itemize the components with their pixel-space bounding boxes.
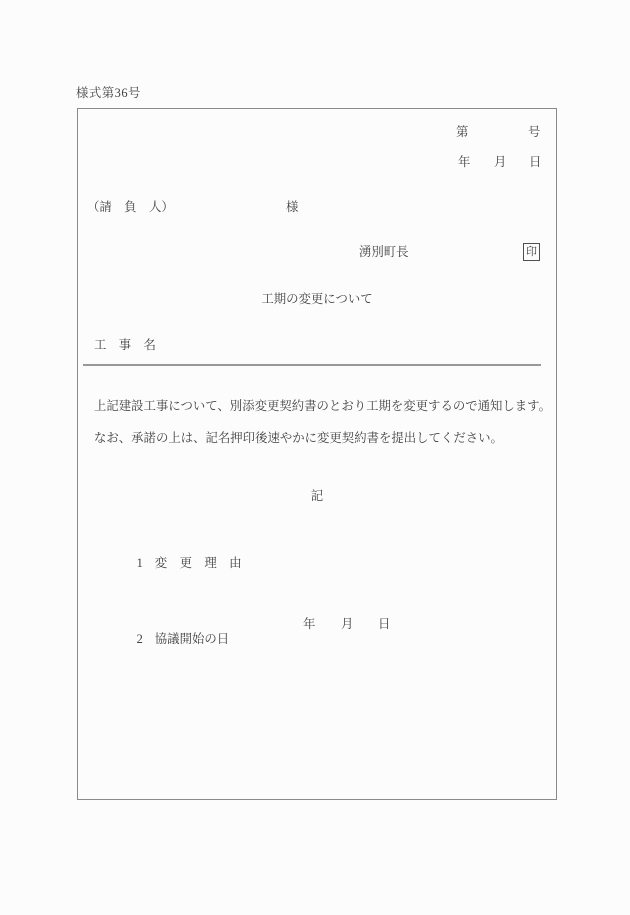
doc-number-suffix: 号 bbox=[528, 125, 540, 140]
document-page: 様式第36号 第 号 年 月 日 （請 負 人） 様 湧別町長 印 工期の変更に… bbox=[0, 0, 630, 915]
seal-box: 印 bbox=[523, 243, 540, 261]
item-number: 2 bbox=[137, 632, 143, 646]
document-frame: 第 号 年 月 日 （請 負 人） 様 湧別町長 印 工期の変更について 工 事… bbox=[77, 108, 557, 800]
body-text-line-1: 上記建設工事について、別添変更契約書のとおり工期を変更するので通知します。 bbox=[94, 399, 551, 414]
issue-date-year-label: 年 bbox=[458, 155, 470, 170]
issue-date-day-label: 日 bbox=[529, 155, 541, 170]
project-name-rule bbox=[83, 364, 541, 366]
list-item-change-reason: 1変 更 理 由 bbox=[118, 541, 242, 586]
project-name-label: 工 事 名 bbox=[94, 338, 156, 353]
sender-name: 湧別町長 bbox=[359, 245, 409, 260]
addressee-label: （請 負 人） bbox=[87, 200, 174, 215]
item-label: 変 更 理 由 bbox=[155, 556, 242, 570]
addressee-honorific: 様 bbox=[286, 200, 298, 215]
item-label: 協議開始の日 bbox=[155, 632, 229, 646]
consultation-date-year-label: 年 bbox=[303, 617, 315, 632]
seal-mark: 印 bbox=[526, 247, 537, 258]
consultation-date-day-label: 日 bbox=[378, 617, 390, 632]
note-marker: 記 bbox=[78, 489, 556, 504]
item-number: 1 bbox=[137, 556, 143, 570]
form-number-label: 様式第36号 bbox=[76, 83, 141, 101]
document-title: 工期の変更について bbox=[78, 292, 556, 307]
body-text-line-2: なお、承諾の上は、記名押印後速やかに変更契約書を提出してください。 bbox=[94, 431, 503, 446]
list-item-consultation-start: 2協議開始の日 bbox=[118, 617, 229, 662]
consultation-date-month-label: 月 bbox=[341, 617, 353, 632]
doc-number-prefix: 第 bbox=[456, 125, 468, 140]
issue-date-month-label: 月 bbox=[494, 155, 506, 170]
